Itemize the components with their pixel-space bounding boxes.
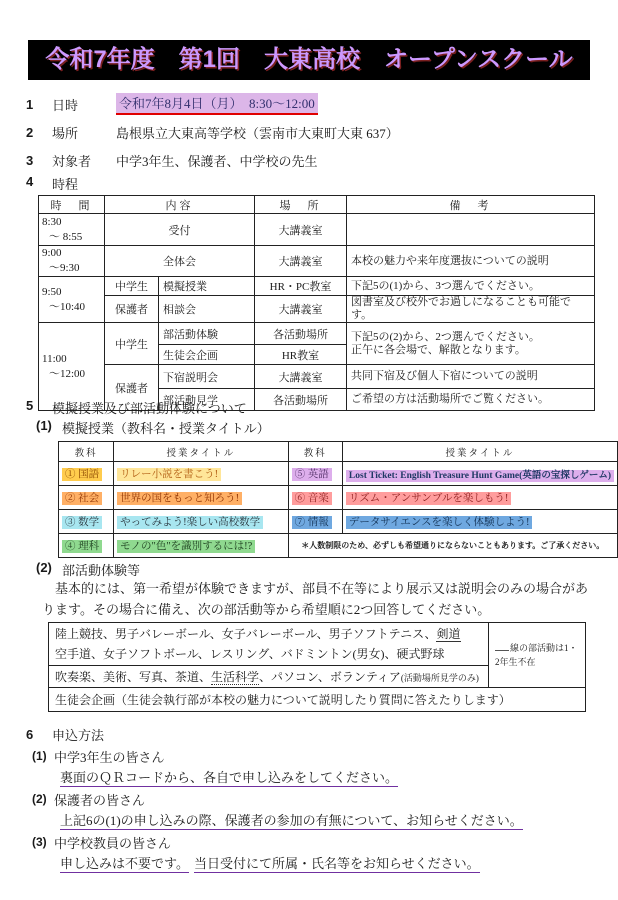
lesson-title: Lost Ticket: English Treasure Hunt Game(… [346,470,614,482]
section-title: 時程 [52,174,78,193]
content-cell: 生徒会企画 [159,345,255,365]
place-cell: 大講義室 [255,246,347,277]
club-name-underlined: 剣道 [436,627,460,642]
culture-clubs-cell: 吹奏楽、美術、写真、茶道、生活科学、パソコン、ボランティア(活動場所見学のみ) [49,666,489,688]
subject-badge: ⑥ 音楽 [292,492,332,505]
document-page: 令和7年度 第1回 大東高校 オープンスクール 1 日時 令和7年8月4日（月）… [0,0,618,900]
content-cell: 相談会 [159,296,255,323]
time-cell: 8:30 ～ 8:55 [39,214,105,246]
club-paragraph: 基本的には、第一希望が体験できますが、部員不在等により展示又は説明会のみの場合が… [42,578,594,620]
time-start: 8:30 [42,215,100,230]
info-row-audience: 3 対象者 中学3年生、保護者、中学校の先生 [26,146,596,174]
apply-instruction-parents: 上記6の(1)の申し込みの際、保護者の参加の有無について、お知らせください。 [60,810,601,830]
subject-badge: ⑤ 英語 [292,468,332,481]
note-cell: ご希望の方は活動場所でご覧ください。 [347,389,595,411]
subject-cell: ⑥ 音楽 [288,486,342,510]
section-mock-heading: 5 模擬授業及び部活動体験について [26,398,247,417]
side-note-text: 線の部活動は1・2年生不在 [495,643,578,667]
col-title: 授業タイトル [114,442,288,462]
side-note-cell: 線の部活動は1・2年生不在 [489,623,586,688]
instruction-text: 当日受付にて所属・氏名等をお知らせください。 [194,856,480,873]
item-heading: 中学3年生の皆さん [54,747,165,766]
item-label: 日時 [52,95,116,114]
club-names: 、パソコン、ボランティア [259,670,401,684]
note-cell: 共同下宿及び個人下宿についての説明 [347,365,595,389]
content-cell: 全体会 [105,246,255,277]
mock-lesson-table: 教科 授業タイトル 教科 授業タイトル ① 国語 リレー小説を書こう! ⑤ 英語… [58,441,618,558]
content-cell: 受付 [105,214,255,246]
page-title: 令和7年度 第1回 大東高校 オープンスクール [28,40,590,80]
subsection-mock-lesson: (1) 模擬授業（教科名・授業タイトル） [36,418,270,437]
subsection-number: (1) [36,418,62,437]
subsection-title: 模擬授業（教科名・授業タイトル） [62,418,270,437]
place-cell: 大講義室 [255,296,347,323]
place-cell: 大講義室 [255,214,347,246]
item-label: 対象者 [52,151,116,170]
apply-section: 6 申込方法 (1) 中学3年生の皆さん 裏面のＱＲコードから、各自で申し込みを… [26,724,601,875]
club-names: 吹奏楽、美術、写真、茶道、 [55,670,211,684]
mock-header-row: 教科 授業タイトル 教科 授業タイトル [59,442,618,462]
title-cell: Lost Ticket: English Treasure Hunt Game(… [342,462,617,486]
mock-row-2: ② 社会 世界の国をもっと知ろう! ⑥ 音楽 リズム・アンサンブルを楽しもう! [59,486,618,510]
place-cell: 大講義室 [255,365,347,389]
club-table: 陸上競技、男子バレーボール、女子バレーボール、男子ソフトテニス、剣道 空手道、女… [48,622,586,712]
item-number: (3) [26,835,54,849]
title-cell: モノの"色"を識別するには!? [114,534,288,558]
lesson-title: リレー小説を書こう! [117,468,221,481]
item-number: 1 [26,97,52,112]
note-cell [347,214,595,246]
place-cell: 各活動場所 [255,323,347,345]
event-datetime: 令和7年8月4日（月） 8:30～12:00 [116,93,318,115]
item-heading: 保護者の皆さん [54,790,145,809]
section-schedule-heading: 4 時程 [26,174,78,193]
item-label: 場所 [52,123,116,142]
time-end: ～12:00 [42,367,100,382]
content-cell: 下宿説明会 [159,365,255,389]
col-subject: 教科 [288,442,342,462]
note-line: 正午に各会場で、解散となります。 [351,344,590,357]
content-cell: 部活動体験 [159,323,255,345]
schedule-row-boarding: 保護者 下宿説明会 大講義室 共同下宿及び個人下宿についての説明 [39,365,595,389]
apply-heading-row: 6 申込方法 [26,724,601,744]
subsection-title: 部活動体験等 [62,560,140,579]
mock-row-3: ③ 数学 やってみよう!楽しい高校数学 ⑦ 情報 データサイエンスを楽しく体験し… [59,510,618,534]
time-start: 9:00 [42,246,100,261]
schedule-table: 時 間 内容 場 所 備 考 8:30 ～ 8:55 受付 大講義室 9:00 … [38,195,595,411]
place-cell: 各活動場所 [255,389,347,411]
instruction-text: 裏面のＱＲコードから、各自で申し込みをしてください。 [60,770,398,787]
time-start: 11:00 [42,352,100,367]
underline-mark [495,650,509,651]
note-cell: 図書室及び校外でお過しになることも可能です。 [347,296,595,323]
content-cell: 模擬授業 [159,277,255,296]
schedule-row-consult: 保護者 相談会 大講義室 図書室及び校外でお過しになることも可能です。 [39,296,595,323]
place-cell: HR教室 [255,345,347,365]
subject-badge: ⑦ 情報 [292,516,332,529]
item-number: (2) [26,792,54,806]
note-cell: 下記5の(2)から、2つ選んでください。 正午に各会場で、解散となります。 [347,323,595,365]
col-note: 備 考 [347,196,595,214]
info-list: 1 日時 令和7年8月4日（月） 8:30～12:00 2 場所 島根県立大東高… [26,90,596,174]
note-line: 下記5の(2)から、2つ選んでください。 [351,331,590,344]
sports-clubs-cell: 陸上競技、男子バレーボール、女子バレーボール、男子ソフトテニス、剣道 空手道、女… [49,623,489,666]
schedule-header-row: 時 間 内容 場 所 備 考 [39,196,595,214]
info-row-datetime: 1 日時 令和7年8月4日（月） 8:30～12:00 [26,90,596,118]
schedule-row-reception: 8:30 ～ 8:55 受付 大講義室 [39,214,595,246]
lesson-title: リズム・アンサンブルを楽しもう! [346,492,511,505]
group-cell: 中学生 [105,277,159,296]
time-start: 9:50 [42,285,100,300]
apply-instruction-teachers: 申し込みは不要です。当日受付にて所属・氏名等をお知らせください。 [60,853,601,873]
section-number: 4 [26,174,52,193]
club-line: 陸上競技、男子バレーボール、女子バレーボール、男子ソフトテニス、剣道 [55,624,482,644]
club-row-sports: 陸上競技、男子バレーボール、女子バレーボール、男子ソフトテニス、剣道 空手道、女… [49,623,586,666]
subject-badge: ④ 理科 [62,540,102,553]
instruction-text: 申し込みは不要です。 [60,856,189,873]
mock-row-1: ① 国語 リレー小説を書こう! ⑤ 英語 Lost Ticket: Englis… [59,462,618,486]
section-title: 模擬授業及び部活動体験について [52,398,247,417]
time-end: ～10:40 [42,300,100,315]
col-content: 内容 [105,196,255,214]
lesson-title: モノの"色"を識別するには!? [117,540,255,553]
subject-cell: ④ 理科 [59,534,114,558]
subject-cell: ① 国語 [59,462,114,486]
group-cell: 中学生 [105,323,159,365]
lesson-title: データサイエンスを楽しく体験しよう! [346,516,533,529]
group-cell: 保護者 [105,296,159,323]
col-subject: 教科 [59,442,114,462]
subject-cell: ⑤ 英語 [288,462,342,486]
title-cell: データサイエンスを楽しく体験しよう! [342,510,617,534]
section-title: 申込方法 [52,725,104,744]
lesson-title: やってみよう!楽しい高校数学 [117,516,263,529]
col-time: 時 間 [39,196,105,214]
item-number: 3 [26,153,52,168]
club-name-dotted: 生活科学 [211,670,259,685]
schedule-row-mock-lesson: 9:50 ～10:40 中学生 模擬授業 HR・PC教室 下記5の(1)から、3… [39,277,595,296]
place-cell: HR・PC教室 [255,277,347,296]
club-note-small: (活動場所見学のみ) [401,673,479,683]
time-cell: 9:00 ～9:30 [39,246,105,277]
info-row-place: 2 場所 島根県立大東高等学校（雲南市大東町大東 637） [26,118,596,146]
club-names: 陸上競技、男子バレーボール、女子バレーボール、男子ソフトテニス、 [55,627,436,641]
note-cell: 下記5の(1)から、3つ選んでください。 [347,277,595,296]
title-cell: リズム・アンサンブルを楽しもう! [342,486,617,510]
club-row-council: 生徒会企画（生徒会執行部が本校の魅力について説明したり質問に答えたりします） [49,688,586,712]
apply-item-parents: (2) 保護者の皆さん [26,789,601,809]
title-cell: やってみよう!楽しい高校数学 [114,510,288,534]
instruction-text: 上記6の(1)の申し込みの際、保護者の参加の有無について、お知らせください。 [60,813,523,830]
schedule-row-assembly: 9:00 ～9:30 全体会 大講義室 本校の魅力や来年度選抜についての説明 [39,246,595,277]
time-end: ～9:30 [42,261,100,276]
subject-cell: ⑦ 情報 [288,510,342,534]
note-cell: 本校の魅力や来年度選抜についての説明 [347,246,595,277]
subject-cell: ② 社会 [59,486,114,510]
event-place: 島根県立大東高等学校（雲南市大東町大東 637） [116,123,399,142]
capacity-note: ＊人数制限のため、必ずしも希望通りにならないこともあります。ご了承ください。 [288,534,617,558]
col-title: 授業タイトル [342,442,617,462]
time-end: ～ 8:55 [42,230,100,245]
subject-cell: ③ 数学 [59,510,114,534]
item-number: 2 [26,125,52,140]
item-number: (1) [26,749,54,763]
title-cell: リレー小説を書こう! [114,462,288,486]
subsection-club-try: (2) 部活動体験等 [36,560,140,579]
schedule-row-club-try: 11:00 ～12:00 中学生 部活動体験 各活動場所 下記5の(2)から、2… [39,323,595,345]
subject-badge: ② 社会 [62,492,102,505]
apply-instruction-students: 裏面のＱＲコードから、各自で申し込みをしてください。 [60,767,601,787]
lesson-title: 世界の国をもっと知ろう! [117,492,242,505]
council-cell: 生徒会企画（生徒会執行部が本校の魅力について説明したり質問に答えたりします） [49,688,586,712]
apply-item-teachers: (3) 中学校教員の皆さん [26,832,601,852]
subsection-number: (2) [36,560,62,579]
apply-item-students: (1) 中学3年生の皆さん [26,746,601,766]
mock-row-4: ④ 理科 モノの"色"を識別するには!? ＊人数制限のため、必ずしも希望通りにな… [59,534,618,558]
col-place: 場 所 [255,196,347,214]
item-heading: 中学校教員の皆さん [54,833,171,852]
subject-badge: ③ 数学 [62,516,102,529]
event-audience: 中学3年生、保護者、中学校の先生 [116,151,318,170]
section-number: 6 [26,727,52,742]
title-cell: 世界の国をもっと知ろう! [114,486,288,510]
subject-badge: ① 国語 [62,468,102,481]
time-cell: 9:50 ～10:40 [39,277,105,323]
section-number: 5 [26,398,52,417]
club-line: 空手道、女子ソフトボール、レスリング、バドミントン(男女)、硬式野球 [55,644,482,664]
